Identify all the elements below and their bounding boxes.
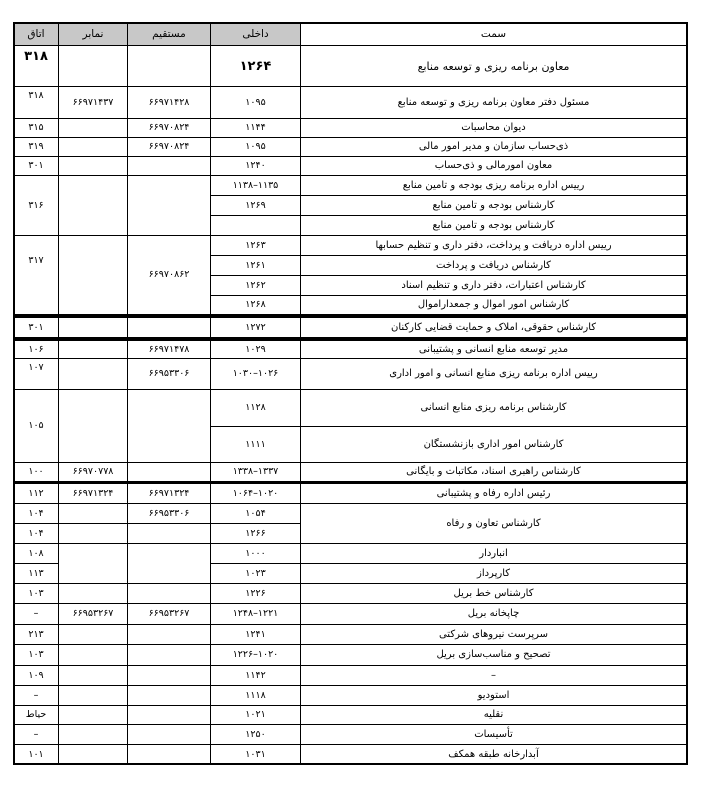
cell-direct: [128, 666, 211, 686]
cell-fax: [59, 745, 128, 765]
cell-fax: [59, 318, 128, 338]
cell-title: انباردار: [301, 544, 687, 564]
cell-room: حیاط: [14, 706, 59, 725]
cell-title: معاون برنامه ریزی و توسعه منابع: [301, 46, 687, 87]
header-direct: مستقیم: [128, 24, 211, 46]
cell-title: نقلیه: [301, 706, 687, 725]
cell-internal: ۱۲۶۹: [211, 196, 301, 216]
cell-internal: ۱۲۴۱: [211, 625, 301, 645]
cell-title: کارپرداز: [301, 564, 687, 584]
cell-internal: ۱۲۶۳: [211, 236, 301, 256]
cell-internal: ۱۲۶۲: [211, 276, 301, 296]
cell-fax: [59, 524, 128, 544]
cell-title: مسئول دفتر معاون برنامه ریزی و توسعه منا…: [301, 87, 687, 119]
cell-direct: [128, 625, 211, 645]
cell-title: کارشناس خط بریل: [301, 584, 687, 604]
cell-title: رییس اداره برنامه ریزی بودجه و تامین منا…: [301, 176, 687, 196]
cell-internal: ۱۱۱۸: [211, 686, 301, 706]
cell-fax: [59, 504, 128, 524]
cell-internal: ۱۰۲۹: [211, 341, 301, 359]
cell-fax: ۶۶۹۵۳۲۶۷: [59, 604, 128, 625]
cell-title: رییس اداره برنامه ریزی منابع انسانی و ام…: [301, 359, 687, 390]
cell-title: کارشناس اعتبارات، دفتر داری و تنظیم اسنا…: [301, 276, 687, 296]
cell-title: سرپرست نیروهای شرکتی: [301, 625, 687, 645]
cell-internal: ۱۰۹۵: [211, 138, 301, 157]
header-room: اتاق: [14, 24, 59, 46]
cell-room: ۳۰۱: [14, 157, 59, 176]
cell-fax: [59, 706, 128, 725]
cell-internal: ۱۲۶۸: [211, 296, 301, 315]
cell-room: –: [14, 725, 59, 745]
cell-title: کارشناس امور اداری بازنشستگان: [301, 427, 687, 463]
cell-room: ۱۰۶: [14, 341, 59, 359]
cell-direct: [128, 390, 211, 463]
cell-title: کارشناس امور اموال و جمعداراموال: [301, 296, 687, 315]
cell-internal: ۱۲۴۸–۱۲۲۱: [211, 604, 301, 625]
cell-title: کارشناس بودجه و تامین منابع: [301, 216, 687, 236]
cell-fax: [59, 625, 128, 645]
cell-direct: ۶۶۹۷۰۸۲۴: [128, 119, 211, 138]
cell-room: ۳۱۷: [14, 236, 59, 315]
cell-title: –: [301, 666, 687, 686]
cell-title: معاون امورمالی و ذی‌حساب: [301, 157, 687, 176]
cell-direct: [128, 745, 211, 765]
cell-internal: ۱۲۶۴: [211, 46, 301, 87]
cell-fax: [59, 176, 128, 236]
cell-room: ۱۰۴: [14, 524, 59, 544]
cell-room: ۱۰۹: [14, 666, 59, 686]
cell-direct: [128, 544, 211, 584]
cell-title: کارشناس حقوقی، املاک و حمایت قضایی کارکن…: [301, 318, 687, 338]
cell-fax: [59, 686, 128, 706]
cell-direct: ۶۶۹۷۱۴۲۸: [128, 87, 211, 119]
cell-fax: ۶۶۹۷۱۴۳۷: [59, 87, 128, 119]
cell-direct: ۶۶۹۷۰۸۶۲: [128, 236, 211, 315]
cell-fax: [59, 359, 128, 390]
cell-internal: ۱۲۵۰: [211, 725, 301, 745]
cell-room: ۲۱۳: [14, 625, 59, 645]
cell-fax: ۶۶۹۷۰۷۷۸: [59, 463, 128, 482]
cell-direct: [128, 176, 211, 236]
cell-fax: [59, 119, 128, 138]
cell-internal: [211, 216, 301, 236]
cell-room: –: [14, 604, 59, 625]
header-internal: داخلی: [211, 24, 301, 46]
cell-internal: ۱۱۱۱: [211, 427, 301, 463]
cell-title: دیوان محاسبات: [301, 119, 687, 138]
cell-direct: [128, 524, 211, 544]
cell-direct: ۶۶۹۷۱۴۷۸: [128, 341, 211, 359]
cell-title: کارشناس برنامه ریزی منابع انسانی: [301, 390, 687, 427]
cell-internal: ۱۱۲۸: [211, 390, 301, 427]
cell-room: ۱۰۷: [14, 359, 59, 390]
cell-direct: [128, 706, 211, 725]
cell-room: ۱۰۳: [14, 645, 59, 666]
cell-room: ۳۰۱: [14, 318, 59, 338]
phone-directory-table: اتاق نمابر مستقیم داخلی سمت ۳۱۸ ۱۲۶۴ معا…: [0, 0, 701, 786]
cell-direct: [128, 725, 211, 745]
cell-title: آبدارخانه طبقه همکف: [301, 745, 687, 765]
cell-room: ۱۱۲: [14, 484, 59, 504]
cell-fax: [59, 544, 128, 584]
cell-title: تأسیسات: [301, 725, 687, 745]
cell-internal: ۱۰۹۵: [211, 87, 301, 119]
cell-room: ۳۱۸: [14, 87, 59, 119]
cell-direct: ۶۶۹۷۱۳۲۴: [128, 484, 211, 504]
cell-fax: [59, 138, 128, 157]
cell-title: کارشناس بودجه و تامین منابع: [301, 196, 687, 216]
cell-title: کارشناس دریافت و پرداخت: [301, 256, 687, 276]
cell-fax: [59, 157, 128, 176]
cell-room: ۳۱۸: [14, 46, 59, 87]
cell-title: چاپخانه بریل: [301, 604, 687, 625]
cell-direct: [128, 645, 211, 666]
cell-direct: [128, 46, 211, 87]
cell-fax: [59, 666, 128, 686]
header-fax: نمابر: [59, 24, 128, 46]
cell-title: تصحیح و مناسب‌سازی بریل: [301, 645, 687, 666]
cell-internal: ۱۲۶۶: [211, 524, 301, 544]
cell-internal: ۱۰۵۴: [211, 504, 301, 524]
cell-internal: ۱۲۶۱: [211, 256, 301, 276]
cell-internal: ۱۰۳۰–۱۰۲۶: [211, 359, 301, 390]
cell-title: کارشناس تعاون و رفاه: [301, 504, 687, 544]
cell-direct: [128, 686, 211, 706]
cell-room: ۱۰۵: [14, 390, 59, 463]
cell-room: –: [14, 686, 59, 706]
cell-fax: ۶۶۹۷۱۳۲۴: [59, 484, 128, 504]
cell-title: مدیر توسعه منابع انسانی و پشتیبانی: [301, 341, 687, 359]
cell-internal: ۱۲۲۶–۱۰۲۰: [211, 645, 301, 666]
cell-direct: ۶۶۹۵۳۳۰۶: [128, 359, 211, 390]
cell-internal: ۱۱۴۲: [211, 666, 301, 686]
cell-room: ۳۱۶: [14, 176, 59, 236]
cell-internal: ۱۲۴۰: [211, 157, 301, 176]
cell-direct: [128, 463, 211, 482]
cell-internal: ۱۱۴۴: [211, 119, 301, 138]
cell-fax: [59, 584, 128, 604]
cell-fax: [59, 725, 128, 745]
cell-internal: ۱۰۳۱: [211, 745, 301, 765]
cell-fax: [59, 46, 128, 87]
cell-title: ذی‌حساب سازمان و مدیر امور مالی: [301, 138, 687, 157]
cell-room: ۱۰۱: [14, 745, 59, 765]
cell-room: ۳۱۹: [14, 138, 59, 157]
cell-fax: [59, 341, 128, 359]
cell-internal: ۱۰۰۰: [211, 544, 301, 564]
cell-room: ۱۰۰: [14, 463, 59, 482]
cell-title: رییس اداره دریافت و پرداخت، دفتر داری و …: [301, 236, 687, 256]
cell-internal: ۱۲۲۶: [211, 584, 301, 604]
cell-room: ۱۰۳: [14, 584, 59, 604]
cell-direct: [128, 157, 211, 176]
cell-room: ۱۰۸: [14, 544, 59, 564]
cell-room: ۱۱۳: [14, 564, 59, 584]
cell-fax: [59, 645, 128, 666]
cell-fax: [59, 390, 128, 463]
cell-room: ۳۱۵: [14, 119, 59, 138]
cell-internal: ۱۳۳۸–۱۳۳۷: [211, 463, 301, 482]
cell-direct: ۶۶۹۵۳۳۰۶: [128, 504, 211, 524]
cell-direct: ۶۶۹۵۳۲۶۷: [128, 604, 211, 625]
cell-title: کارشناس راهبری اسناد، مکاتبات و بایگانی: [301, 463, 687, 482]
header-title: سمت: [301, 24, 687, 46]
cell-direct: [128, 584, 211, 604]
cell-title: رئیس اداره رفاه و پشتیبانی: [301, 484, 687, 504]
cell-internal: ۱۰۲۳: [211, 564, 301, 584]
cell-title: استودیو: [301, 686, 687, 706]
cell-internal: ۱۰۶۴–۱۰۲۰: [211, 484, 301, 504]
cell-internal: ۱۱۳۸–۱۱۳۵: [211, 176, 301, 196]
cell-internal: ۱۲۷۲: [211, 318, 301, 338]
cell-room: ۱۰۴: [14, 504, 59, 524]
cell-direct: [128, 318, 211, 338]
cell-direct: ۶۶۹۷۰۸۲۴: [128, 138, 211, 157]
cell-internal: ۱۰۲۱: [211, 706, 301, 725]
cell-fax: [59, 236, 128, 315]
